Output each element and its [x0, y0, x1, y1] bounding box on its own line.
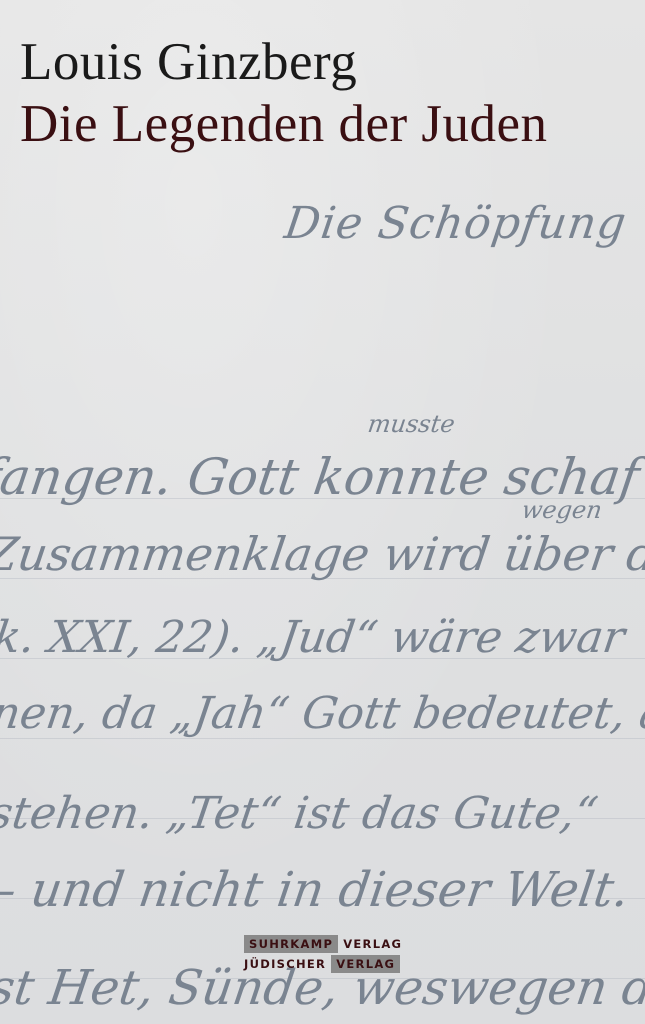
- publisher-row-suhrkamp: SUHRKAMP VERLAG: [244, 934, 407, 954]
- manuscript-line: k. XXI, 22). „Jud“ wäre zwar: [0, 612, 628, 663]
- manuscript-line: nen, da „Jah“ Gott bedeutet, ab: [0, 688, 645, 739]
- publisher-verlag-box: VERLAG: [331, 955, 400, 974]
- book-cover: Die Schöpfung musste fangen. Gott konnte…: [0, 0, 645, 1024]
- manuscript-insert: wegen: [520, 496, 604, 524]
- publisher-logo: SUHRKAMP VERLAG JÜDISCHER VERLAG: [244, 934, 407, 974]
- manuscript-line: Zusammenklage wird über de: [0, 527, 645, 581]
- manuscript-heading: Die Schöpfung: [281, 198, 629, 249]
- publisher-row-juedischer: JÜDISCHER VERLAG: [244, 954, 407, 974]
- manuscript-line: – und nicht in dieser Welt.: [0, 862, 633, 918]
- manuscript-handwriting: Die Schöpfung musste fangen. Gott konnte…: [0, 0, 645, 1024]
- manuscript-insert: musste: [366, 410, 457, 438]
- book-title: Die Legenden der Juden: [20, 98, 548, 151]
- publisher-juedischer-text: JÜDISCHER: [244, 955, 331, 974]
- publisher-verlag-text: VERLAG: [338, 935, 407, 954]
- publisher-suhrkamp-box: SUHRKAMP: [244, 935, 338, 954]
- manuscript-line: stehen. „Tet“ ist das Gute,“: [0, 788, 601, 839]
- author-name: Louis Ginzberg: [20, 36, 357, 89]
